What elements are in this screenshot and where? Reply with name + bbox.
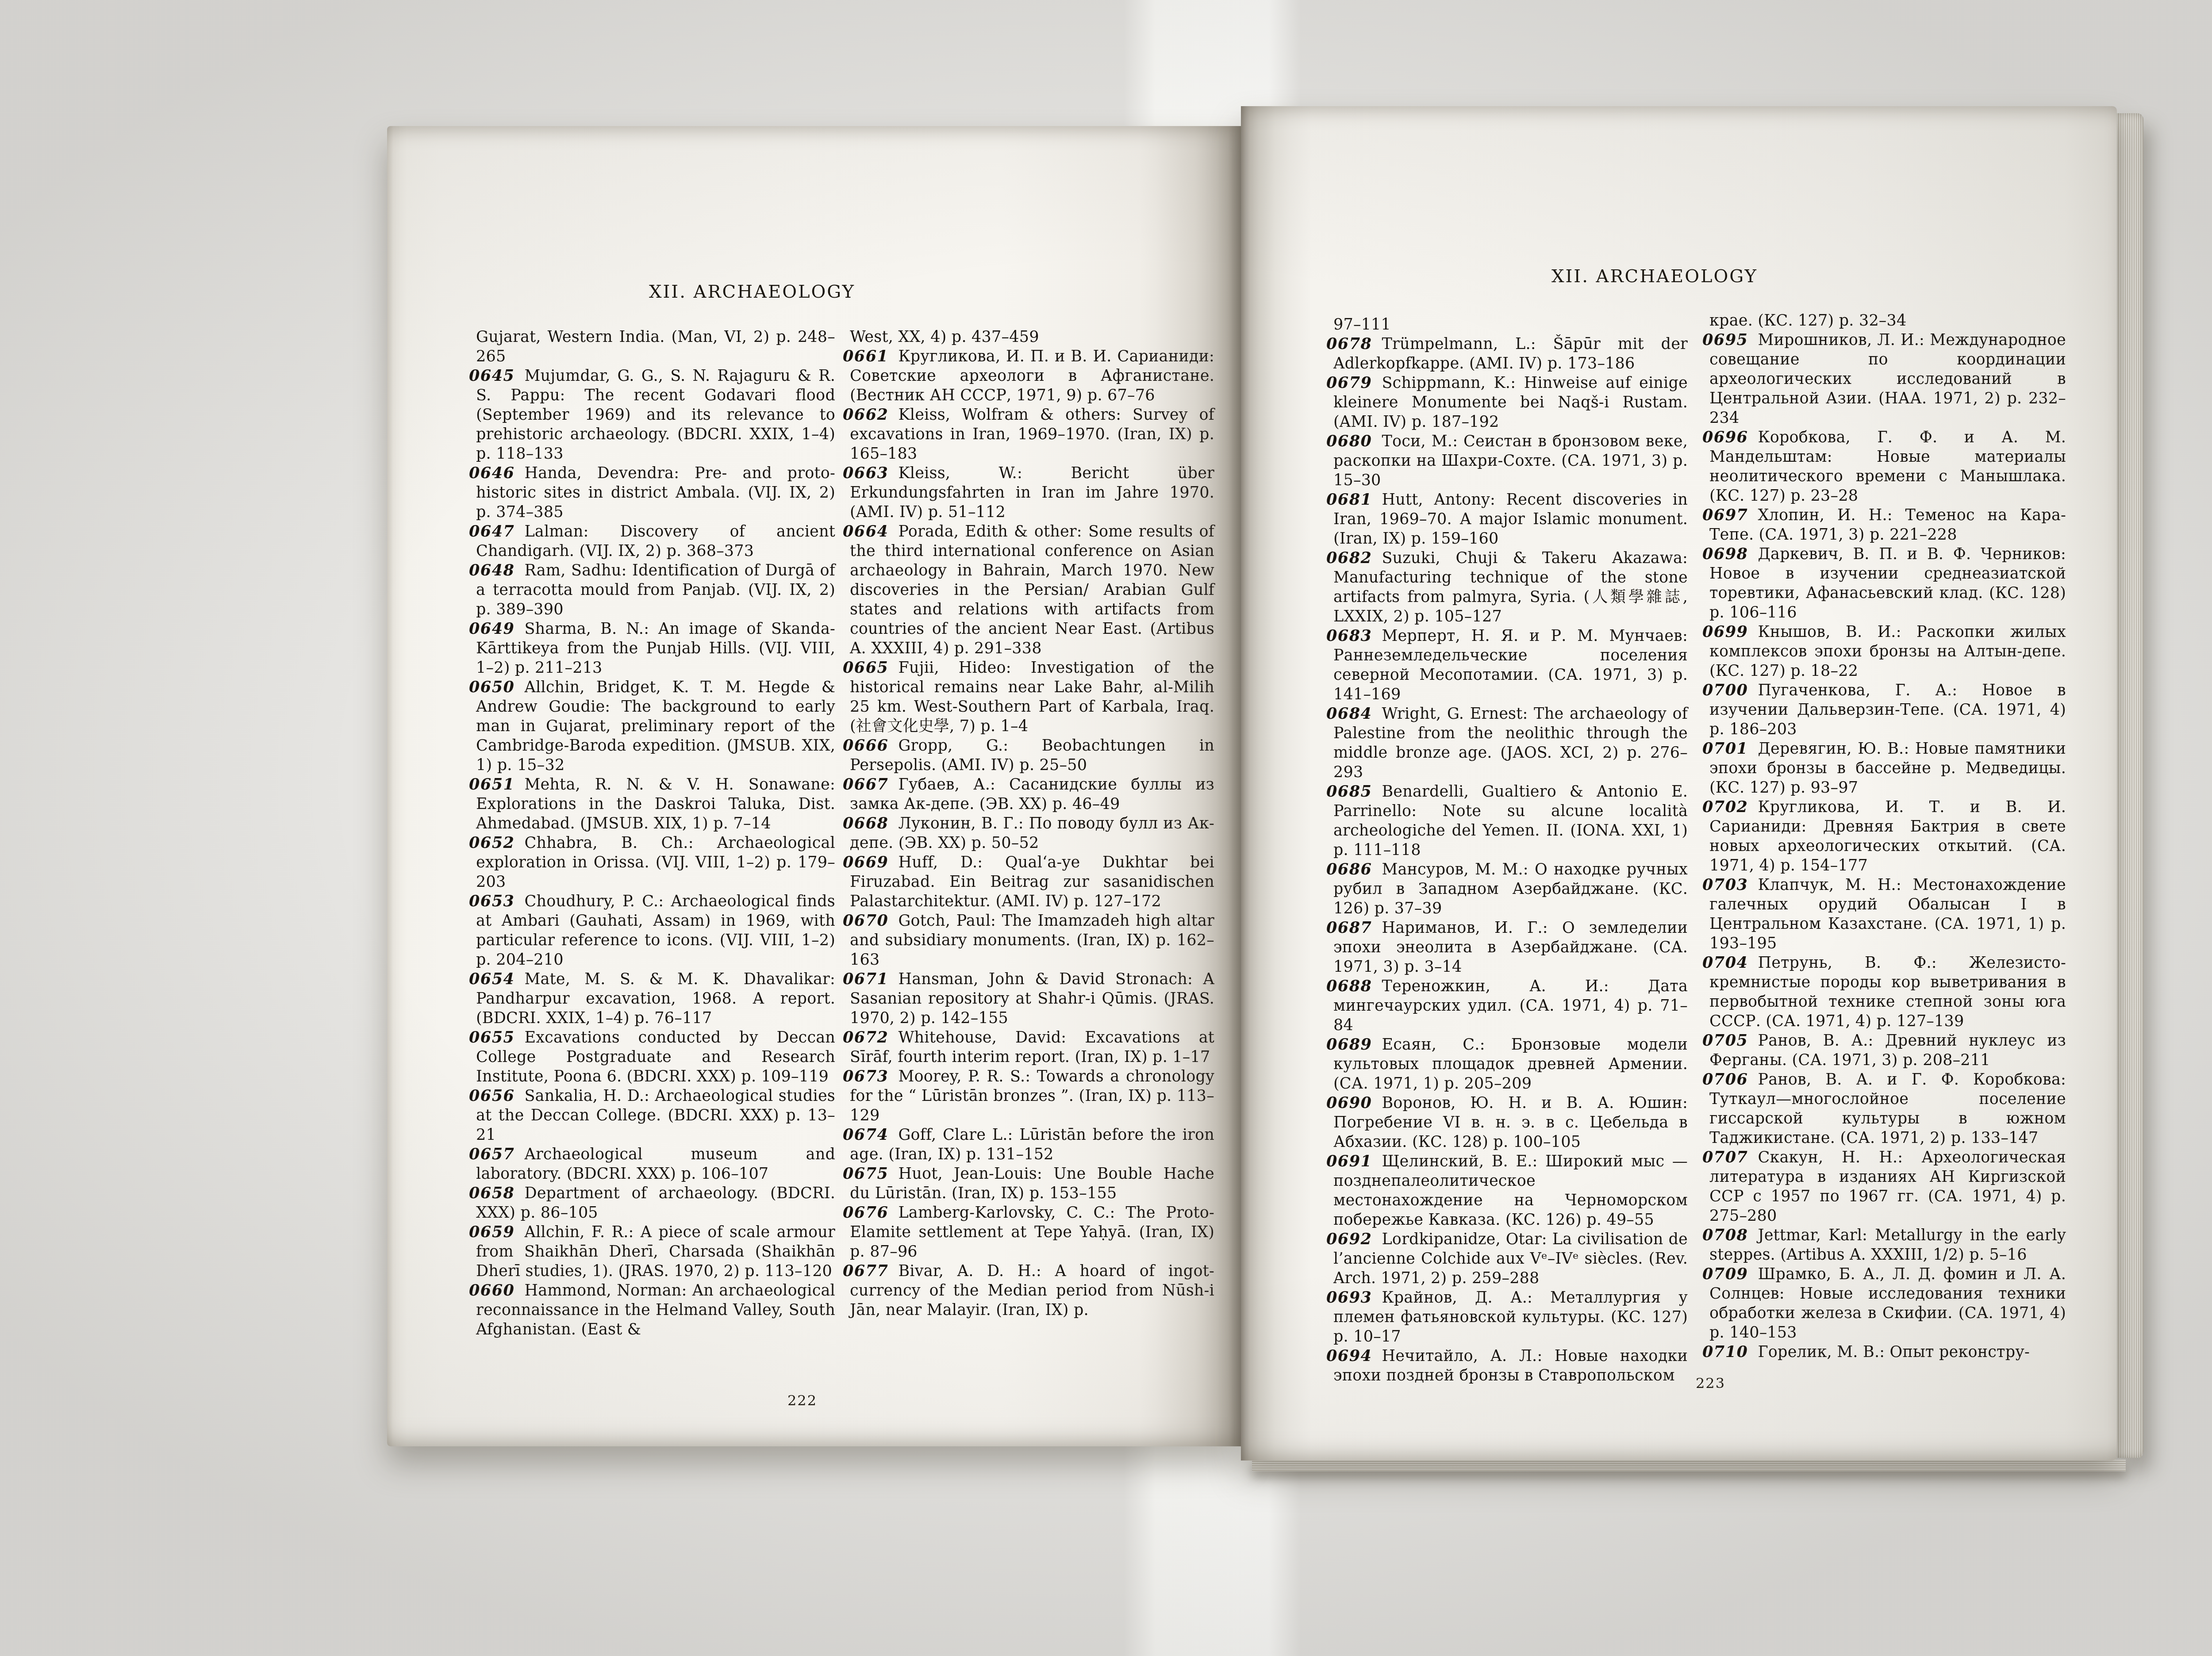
bib-entry-0710: 0710Горелик, М. В.: Опыт реконстру-: [1702, 1342, 2066, 1362]
entry-number: 0669: [843, 853, 888, 871]
bib-entry-0709: 0709Шрамко, Б. А., Л. Д. фомин и Л. А. С…: [1702, 1265, 2066, 1342]
entry-number: 0675: [843, 1165, 888, 1183]
entry-number: 0680: [1326, 432, 1372, 450]
entry-number: 0706: [1702, 1070, 1748, 1089]
bib-entry-0681: 0681Hutt, Antony: Recent discoveries in …: [1326, 490, 1688, 548]
bib-entry-continuation: крае. (КС. 127) p. 32–34: [1702, 311, 2066, 330]
bibliography-column-left-2: West, XX, 4) p. 437–4590661Кругликова, И…: [843, 327, 1214, 1320]
entry-number: 0691: [1326, 1152, 1372, 1170]
bib-entry-0654: 0654Mate, M. S. & M. K. Dhavalikar: Pand…: [469, 970, 835, 1028]
entry-number: 0665: [843, 659, 888, 677]
bib-entry-0670: 0670Gotch, Paul: The Imamzadeh high alta…: [843, 911, 1214, 970]
bib-entry-0683: 0683Мерперт, Н. Я. и Р. М. Мунчаев: Ранн…: [1326, 626, 1688, 704]
entry-number: 0668: [843, 814, 888, 832]
bib-entry-0678: 0678Trümpelmann, L.: Šāpūr mit der Adler…: [1326, 334, 1688, 373]
bib-entry-0674: 0674Goff, Clare L.: Lūristān before the …: [843, 1125, 1214, 1164]
bib-entry-0702: 0702Кругликова, И. Т. и В. И. Сарианиди:…: [1702, 797, 2066, 875]
entry-number: 0647: [469, 522, 515, 540]
bib-entry-0667: 0667Губаев, А.: Сасанидские буллы из зам…: [843, 775, 1214, 814]
entry-number: 0667: [843, 775, 888, 793]
entry-number: 0699: [1702, 623, 1748, 641]
entry-number: 0703: [1702, 876, 1748, 894]
entry-number: 0676: [843, 1204, 888, 1222]
entry-number: 0662: [843, 406, 888, 424]
entry-number: 0658: [469, 1184, 515, 1202]
bib-entry-0645: 0645Mujumdar, G. G., S. N. Rajaguru & R.…: [469, 366, 835, 464]
entry-number: 0677: [843, 1262, 888, 1280]
entry-number: 0659: [469, 1223, 515, 1241]
page-header-left: XII. ARCHAEOLOGY: [531, 282, 973, 302]
bib-entry-0651: 0651Mehta, R. N. & V. H. Sonawane: Explo…: [469, 775, 835, 833]
bib-entry-0682: 0682Suzuki, Chuji & Takeru Akazawa: Manu…: [1326, 548, 1688, 626]
entry-number: 0679: [1326, 374, 1372, 392]
entry-number: 0660: [469, 1281, 515, 1299]
bib-entry-0672: 0672Whitehouse, David: Excavations at Sī…: [843, 1028, 1214, 1067]
bib-entry-0664: 0664Porada, Edith & other: Some results …: [843, 522, 1214, 658]
page-number-left: 222: [787, 1392, 817, 1409]
gutter-shadow-right: [1241, 106, 1312, 1460]
bib-entry-0698: 0698Даркевич, В. П. и В. Ф. Черников: Но…: [1702, 544, 2066, 622]
book-fore-edge-pages: [2117, 113, 2143, 1458]
entry-number: 0685: [1326, 782, 1372, 801]
entry-number: 0693: [1326, 1288, 1372, 1307]
entry-number: 0681: [1326, 491, 1372, 509]
entry-number: 0696: [1702, 428, 1748, 446]
bib-entry-0646: 0646Handa, Devendra: Pre- and proto-hist…: [469, 464, 835, 522]
bib-entry-0696: 0696Коробкова, Г. Ф. и А. М. Мандельштам…: [1702, 428, 2066, 506]
entry-number: 0702: [1702, 798, 1748, 816]
entry-number: 0682: [1326, 549, 1372, 567]
page-left: XII. ARCHAEOLOGY Gujarat, Western India.…: [387, 126, 1241, 1446]
bib-entry-0649: 0649Sharma, B. N.: An image of Skanda-Kā…: [469, 619, 835, 678]
entry-number: 0688: [1326, 977, 1372, 995]
bib-entry-0652: 0652Chhabra, B. Ch.: Archaeological expl…: [469, 833, 835, 892]
page-right: XII. ARCHAEOLOGY 97–1110678Trümpelmann, …: [1241, 106, 2117, 1460]
entry-number: 0672: [843, 1028, 888, 1046]
entry-number: 0648: [469, 561, 515, 579]
bib-entry-0663: 0663Kleiss, W.: Bericht über Erkundungsf…: [843, 464, 1214, 522]
bib-entry-0680: 0680Тоси, М.: Сеистан в бронзовом веке, …: [1326, 432, 1688, 490]
bib-entry-0692: 0692Lordkipanidze, Otar: La civilisation…: [1326, 1230, 1688, 1288]
entry-number: 0671: [843, 970, 888, 988]
bib-entry-0677: 0677Bivar, A. D. H.: A hoard of ingot-cu…: [843, 1261, 1214, 1320]
bib-entry-continuation: Gujarat, Western India. (Man, VI, 2) p. …: [469, 327, 835, 366]
entry-number: 0652: [469, 834, 515, 852]
bib-entry-0668: 0668Луконин, В. Г.: По поводу булл из Ак…: [843, 814, 1214, 853]
bib-entry-0695: 0695Мирошников, Л. И.: Международное сов…: [1702, 330, 2066, 428]
entry-number: 0678: [1326, 335, 1372, 353]
entry-number: 0650: [469, 678, 515, 696]
bib-entry-0675: 0675Huot, Jean-Louis: Une Bouble Hache d…: [843, 1164, 1214, 1203]
entry-number: 0704: [1702, 954, 1748, 972]
entry-number: 0701: [1702, 740, 1748, 758]
entry-number: 0654: [469, 970, 515, 988]
entry-number: 0657: [469, 1145, 515, 1163]
bib-entry-0661: 0661Кругликова, И. П. и В. И. Сарианиди:…: [843, 347, 1214, 405]
entry-number: 0655: [469, 1028, 515, 1046]
entry-number: 0698: [1702, 545, 1748, 563]
bib-entry-0656: 0656Sankalia, H. D.: Archaeological stud…: [469, 1086, 835, 1145]
bib-entry-0707: 0707Скакун, Н. Н.: Археологическая литер…: [1702, 1148, 2066, 1226]
bib-entry-0666: 0666Gropp, G.: Beobachtungen in Persepol…: [843, 736, 1214, 775]
entry-number: 0666: [843, 736, 888, 755]
entry-number: 0708: [1702, 1226, 1748, 1244]
entry-number: 0663: [843, 464, 888, 482]
page-number-right: 223: [1696, 1375, 1725, 1391]
bib-entry-0703: 0703Клапчук, М. Н.: Местонахождение гале…: [1702, 875, 2066, 953]
bib-entry-0665: 0665Fujii, Hideo: Investigation of the h…: [843, 658, 1214, 736]
bib-entry-0655: 0655Excavations conducted by Deccan Coll…: [469, 1028, 835, 1086]
entry-number: 0697: [1702, 506, 1748, 524]
entry-number: 0684: [1326, 705, 1372, 723]
entry-number: 0651: [469, 775, 515, 793]
bib-entry-0671: 0671Hansman, John & David Stronach: A Sa…: [843, 970, 1214, 1028]
entry-number: 0645: [469, 367, 515, 385]
entry-number: 0689: [1326, 1035, 1372, 1054]
entry-number: 0664: [843, 522, 888, 540]
bib-entry-0699: 0699Кнышов, В. И.: Раскопки жилых компле…: [1702, 622, 2066, 681]
bibliography-column-right-1: 97–1110678Trümpelmann, L.: Šāpūr mit der…: [1326, 315, 1688, 1385]
bib-entry-0706: 0706Ранов, В. А. и Г. Ф. Коробкова: Тутк…: [1702, 1070, 2066, 1148]
bib-entry-0684: 0684Wright, G. Ernest: The archaeology o…: [1326, 704, 1688, 782]
bib-entry-0693: 0693Крайнов, Д. А.: Металлургия у племен…: [1326, 1288, 1688, 1346]
entry-number: 0656: [469, 1087, 515, 1105]
bib-entry-0691: 0691Щелинский, В. Е.: Широкий мыс —поздн…: [1326, 1152, 1688, 1230]
entry-number: 0709: [1702, 1265, 1748, 1283]
book-bottom-page-edges: [1252, 1460, 2126, 1471]
entry-number: 0694: [1326, 1347, 1372, 1365]
bib-entry-0689: 0689Есаян, С.: Бронзовые модели культовы…: [1326, 1035, 1688, 1093]
entry-number: 0683: [1326, 627, 1372, 645]
bib-entry-0669: 0669Huff, D.: Qual‘a-ye Dukhtar bei Firu…: [843, 853, 1214, 911]
bib-entry-0653: 0653Choudhury, P. C.: Archaeological fin…: [469, 892, 835, 970]
bib-entry-0685: 0685Benardelli, Gualtiero & Antonio E. P…: [1326, 782, 1688, 860]
entry-number: 0687: [1326, 919, 1372, 937]
bib-entry-continuation: 97–111: [1326, 315, 1688, 334]
entry-number: 0695: [1702, 331, 1748, 349]
entry-number: 0692: [1326, 1230, 1372, 1248]
bib-entry-0648: 0648Ram, Sadhu: Identification of Durgā …: [469, 561, 835, 619]
entry-number: 0674: [843, 1126, 888, 1144]
bib-entry-0690: 0690Воронов, Ю. Н. и В. А. Юшин: Погребе…: [1326, 1093, 1688, 1152]
bib-entry-0701: 0701Деревягин, Ю. В.: Новые памятники эп…: [1702, 739, 2066, 797]
bib-entry-0660: 0660Hammond, Norman: An archaeological r…: [469, 1281, 835, 1339]
bib-entry-0694: 0694Нечитайло, А. Л.: Новые находки эпох…: [1326, 1346, 1688, 1385]
entry-number: 0646: [469, 464, 515, 482]
bib-entry-0705: 0705Ранов, В. А.: Древний нуклеус из Фер…: [1702, 1031, 2066, 1070]
photo-backdrop: XII. ARCHAEOLOGY Gujarat, Western India.…: [0, 0, 2212, 1656]
bib-entry-0658: 0658Department of archaeology. (BDCRI. X…: [469, 1184, 835, 1223]
entry-number: 0690: [1326, 1094, 1372, 1112]
bib-entry-0679: 0679Schippmann, K.: Hinweise auf einige …: [1326, 373, 1688, 432]
bibliography-column-left-1: Gujarat, Western India. (Man, VI, 2) p. …: [469, 327, 835, 1339]
bib-entry-0687: 0687Нариманов, И. Г.: О земледелии эпохи…: [1326, 918, 1688, 977]
bib-entry-0700: 0700Пугаченкова, Г. А.: Новое в изучении…: [1702, 681, 2066, 739]
bib-entry-0688: 0688Тереножкин, А. И.: Дата мингечаурски…: [1326, 977, 1688, 1035]
entry-number: 0661: [843, 347, 888, 365]
entry-number: 0653: [469, 892, 515, 910]
bib-entry-0659: 0659Allchin, F. R.: A piece of scale arm…: [469, 1223, 835, 1281]
entry-number: 0673: [843, 1067, 888, 1085]
entry-number: 0686: [1326, 860, 1372, 878]
entry-number: 0707: [1702, 1148, 1748, 1166]
bib-entry-0650: 0650Allchin, Bridget, K. T. M. Hegde & A…: [469, 678, 835, 775]
page-header-right: XII. ARCHAEOLOGY: [1433, 266, 1876, 287]
bib-entry-0686: 0686Мансуров, М. М.: О находке ручных ру…: [1326, 860, 1688, 918]
bib-entry-0676: 0676Lamberg-Karlovsky, C. C.: The Proto-…: [843, 1203, 1214, 1261]
entry-number: 0700: [1702, 681, 1748, 699]
entry-number: 0670: [843, 912, 888, 930]
bib-entry-0673: 0673Moorey, P. R. S.: Towards a chronolo…: [843, 1067, 1214, 1125]
entry-number: 0710: [1702, 1343, 1748, 1361]
entry-number: 0705: [1702, 1031, 1748, 1050]
bib-entry-continuation: West, XX, 4) p. 437–459: [843, 327, 1214, 347]
entry-number: 0649: [469, 620, 515, 638]
bib-entry-0662: 0662Kleiss, Wolfram & others: Survey of …: [843, 405, 1214, 464]
bibliography-column-right-2: крае. (КС. 127) p. 32–340695Мирошников, …: [1702, 311, 2066, 1362]
bib-entry-0708: 0708Jettmar, Karl: Metallurgy in the ear…: [1702, 1226, 2066, 1265]
bib-entry-0704: 0704Петрунь, В. Ф.: Железисто-кремнистые…: [1702, 953, 2066, 1031]
bib-entry-0647: 0647Lalman: Discovery of ancient Chandig…: [469, 522, 835, 561]
bib-entry-0697: 0697Хлопин, И. Н.: Теменос на Кара-Тепе.…: [1702, 506, 2066, 544]
bib-entry-0657: 0657Archaeological museum and laboratory…: [469, 1145, 835, 1184]
